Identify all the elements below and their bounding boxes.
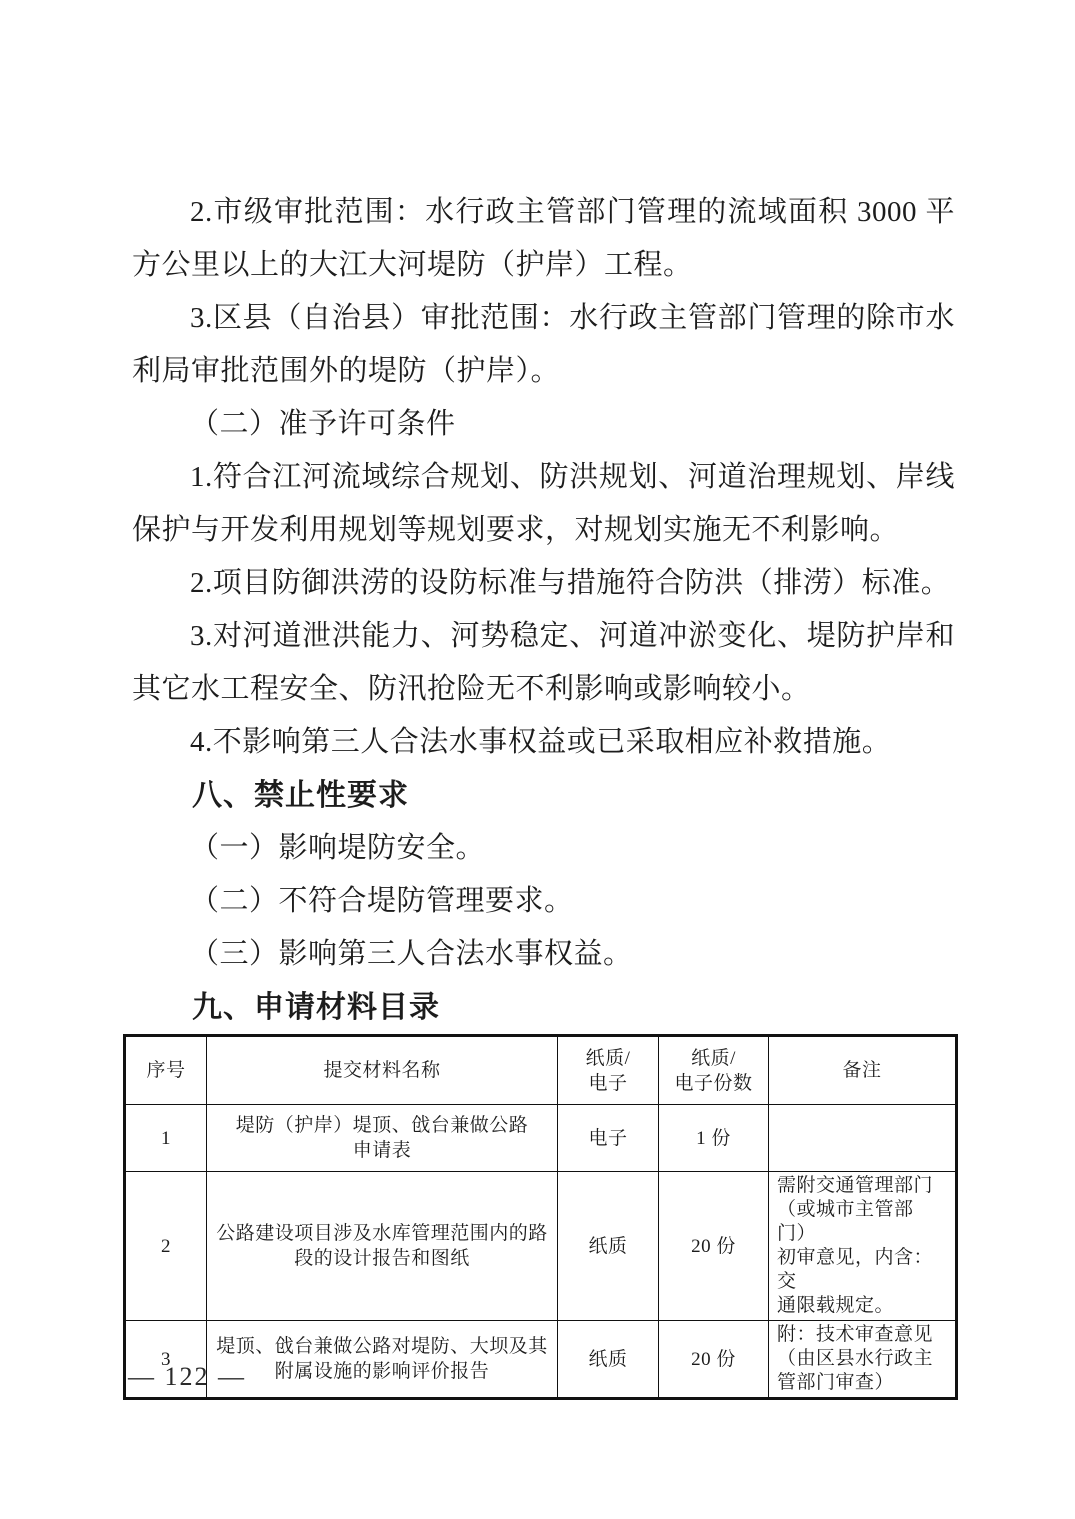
- table-header-row: 序号 提交材料名称 纸质/ 电子 纸质/ 电子份数 备注: [125, 1036, 957, 1105]
- paragraph-county-approval-scope: 3.区县（自治县）审批范围：水行政主管部门管理的除市水利局审批范围外的堤防（护岸…: [132, 292, 955, 398]
- section-heading-prohibitions: 八、禁止性要求: [132, 769, 955, 822]
- document-content: 2.市级审批范围：水行政主管部门管理的流域面积 3000 平方公里以上的大江大河…: [132, 186, 955, 1400]
- cell-medium: 纸质: [558, 1172, 659, 1321]
- paragraph-permit-conditions-title: （二）准予许可条件: [132, 398, 955, 451]
- paragraph-condition-3: 3.对河道泄洪能力、河势稳定、河道冲淤变化、堤防护岸和其它水工程安全、防汛抢险无…: [132, 610, 955, 716]
- application-materials-table: 序号 提交材料名称 纸质/ 电子 纸质/ 电子份数 备注 1 堤防（护岸）堤顶、…: [123, 1034, 958, 1400]
- column-header-name: 提交材料名称: [207, 1036, 558, 1105]
- paragraph-city-approval-scope: 2.市级审批范围：水行政主管部门管理的流域面积 3000 平方公里以上的大江大河…: [132, 186, 955, 292]
- paragraph-condition-4: 4.不影响第三人合法水事权益或已采取相应补救措施。: [132, 716, 955, 769]
- cell-copies: 20 份: [659, 1172, 769, 1321]
- table-row: 2 公路建设项目涉及水库管理范围内的路 段的设计报告和图纸 纸质 20 份 需附…: [125, 1172, 957, 1321]
- cell-remark: [769, 1105, 957, 1172]
- cell-medium: 电子: [558, 1105, 659, 1172]
- document-page: 2.市级审批范围：水行政主管部门管理的流域面积 3000 平方公里以上的大江大河…: [0, 0, 1075, 1519]
- column-header-copies: 纸质/ 电子份数: [659, 1036, 769, 1105]
- paragraph-prohibition-3: （三）影响第三人合法水事权益。: [132, 928, 955, 981]
- cell-copies: 20 份: [659, 1321, 769, 1399]
- cell-row-number: 1: [125, 1105, 207, 1172]
- cell-row-number: 2: [125, 1172, 207, 1321]
- column-header-remark: 备注: [769, 1036, 957, 1105]
- cell-material-name: 堤顶、戗台兼做公路对堤防、大坝及其 附属设施的影响评价报告: [207, 1321, 558, 1399]
- paragraph-prohibition-1: （一）影响堤防安全。: [132, 822, 955, 875]
- column-header-medium: 纸质/ 电子: [558, 1036, 659, 1105]
- cell-medium: 纸质: [558, 1321, 659, 1399]
- table-row: 1 堤防（护岸）堤顶、戗台兼做公路 申请表 电子 1 份: [125, 1105, 957, 1172]
- column-header-number: 序号: [125, 1036, 207, 1105]
- cell-remark: 需附交通管理部门 （或城市主管部门） 初审意见，内含：交 通限载规定。: [769, 1172, 957, 1321]
- cell-material-name: 堤防（护岸）堤顶、戗台兼做公路 申请表: [207, 1105, 558, 1172]
- paragraph-condition-2: 2.项目防御洪涝的设防标准与措施符合防洪（排涝）标准。: [132, 557, 955, 610]
- cell-copies: 1 份: [659, 1105, 769, 1172]
- page-number: — 122 —: [128, 1362, 246, 1392]
- section-heading-materials-list: 九、申请材料目录: [132, 981, 955, 1034]
- cell-material-name: 公路建设项目涉及水库管理范围内的路 段的设计报告和图纸: [207, 1172, 558, 1321]
- paragraph-prohibition-2: （二）不符合堤防管理要求。: [132, 875, 955, 928]
- table-row: 3 堤顶、戗台兼做公路对堤防、大坝及其 附属设施的影响评价报告 纸质 20 份 …: [125, 1321, 957, 1399]
- paragraph-condition-1: 1.符合江河流域综合规划、防洪规划、河道治理规划、岸线保护与开发利用规划等规划要…: [132, 451, 955, 557]
- cell-remark: 附：技术审查意见 （由区县水行政主 管部门审查）: [769, 1321, 957, 1399]
